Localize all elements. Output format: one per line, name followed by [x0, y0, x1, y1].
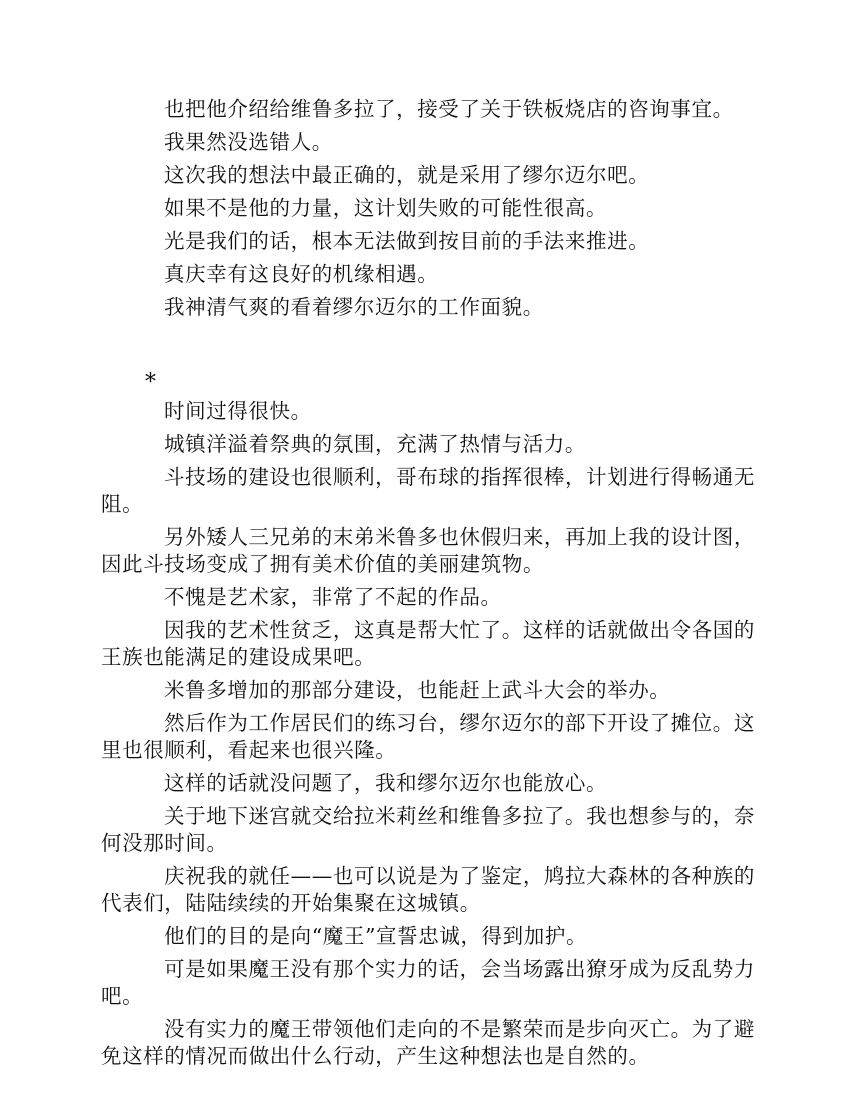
paragraph: 斗技场的建设也很顺利，哥布球的指挥很棒，计划进行得畅通无阻。 [101, 464, 755, 518]
paragraph: 时间过得很快。 [101, 398, 755, 425]
paragraph: 真庆幸有这良好的机缘相遇。 [101, 261, 755, 288]
paragraph: 没有实力的魔王带领他们走向的不是繁荣而是步向灭亡。为了避免这样的情况而做出什么行… [101, 1016, 755, 1070]
paragraph: 可是如果魔王没有那个实力的话，会当场露出獠牙成为反乱势力吧。 [101, 956, 755, 1010]
paragraph: 另外矮人三兄弟的末弟米鲁多也休假归来，再加上我的设计图，因此斗技场变成了拥有美术… [101, 524, 755, 578]
paragraph: 我果然没选错人。 [101, 129, 755, 156]
paragraph: 城镇洋溢着祭典的氛围，充满了热情与活力。 [101, 431, 755, 458]
paragraph: 我神清气爽的看着缪尔迈尔的工作面貌。 [101, 294, 755, 321]
paragraph: 也把他介绍给维鲁多拉了，接受了关于铁板烧店的咨询事宜。 [101, 96, 755, 123]
paragraph: 然后作为工作居民们的练习台，缪尔迈尔的部下开设了摊位。这里也很顺利，看起来也很兴… [101, 710, 755, 764]
paragraph: 关于地下迷宫就交给拉米莉丝和维鲁多拉了。我也想参与的，奈何没那时间。 [101, 803, 755, 857]
paragraph: 他们的目的是向“魔王”宣誓忠诚，得到加护。 [101, 923, 755, 950]
paragraph: 庆祝我的就任——也可以说是为了鉴定，鸠拉大森林的各种族的代表们，陆陆续续的开始集… [101, 863, 755, 917]
paragraph: 因我的艺术性贫乏，这真是帮大忙了。这样的话就做出令各国的王族也能满足的建设成果吧… [101, 617, 755, 671]
document-page: 也把他介绍给维鲁多拉了，接受了关于铁板烧店的咨询事宜。 我果然没选错人。 这次我… [101, 96, 755, 1076]
paragraph: 这次我的想法中最正确的，就是采用了缪尔迈尔吧。 [101, 162, 755, 189]
scene-break-asterisk: * [145, 369, 755, 391]
paragraph: 光是我们的话，根本无法做到按目前的手法来推进。 [101, 228, 755, 255]
paragraph: 这样的话就没问题了，我和缪尔迈尔也能放心。 [101, 770, 755, 797]
paragraph: 不愧是艺术家，非常了不起的作品。 [101, 584, 755, 611]
paragraph: 如果不是他的力量，这计划失败的可能性很高。 [101, 195, 755, 222]
paragraph: 米鲁多增加的那部分建设，也能赶上武斗大会的举办。 [101, 677, 755, 704]
